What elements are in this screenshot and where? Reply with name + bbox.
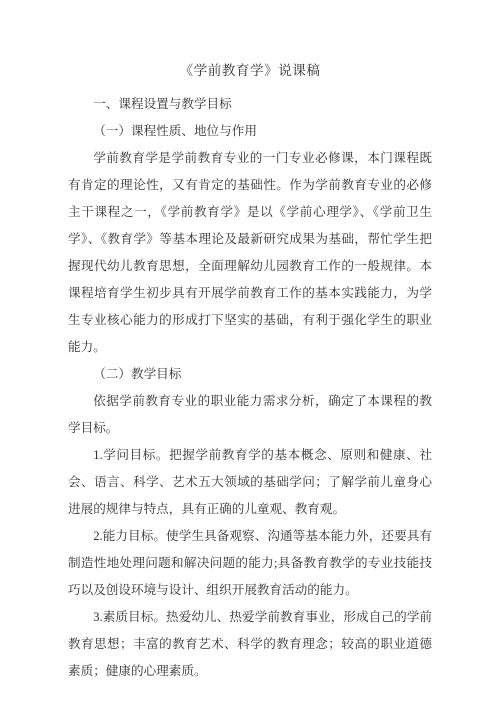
- section-heading: （一）课程性质、地位与作用: [68, 118, 432, 145]
- body-paragraph: 学前教育学是学前教育专业的一门专业必修课，本门课程既有肯定的理论性，又有肯定的基…: [68, 145, 432, 361]
- section-heading: 一、课程设置与教学目标: [68, 91, 432, 118]
- document-content: 《学前教育学》说课稿 一、课程设置与教学目标（一）课程性质、地位与作用学前教育学…: [68, 57, 432, 685]
- body-paragraph: 3.素质目标。热爱幼儿、热爱学前教育事业，形成自己的学前教育思想；丰富的教育艺术…: [68, 604, 432, 685]
- body-paragraph: 2.能力目标。使学生具备观察、沟通等基本能力外，还要具有制造性地处理问题和解决问…: [68, 523, 432, 604]
- document-body: 一、课程设置与教学目标（一）课程性质、地位与作用学前教育学是学前教育专业的一门专…: [68, 91, 432, 685]
- body-paragraph: 1.学问目标。把握学前教育学的基本概念、原则和健康、社会、语言、科学、艺术五大领…: [68, 442, 432, 523]
- document-title: 《学前教育学》说课稿: [68, 57, 432, 84]
- body-paragraph: 依据学前教育专业的职业能力需求分析，确定了本课程的教学目标。: [68, 388, 432, 442]
- section-heading: （二）教学目标: [68, 361, 432, 388]
- document-page: 《学前教育学》说课稿 一、课程设置与教学目标（一）课程性质、地位与作用学前教育学…: [0, 0, 500, 707]
